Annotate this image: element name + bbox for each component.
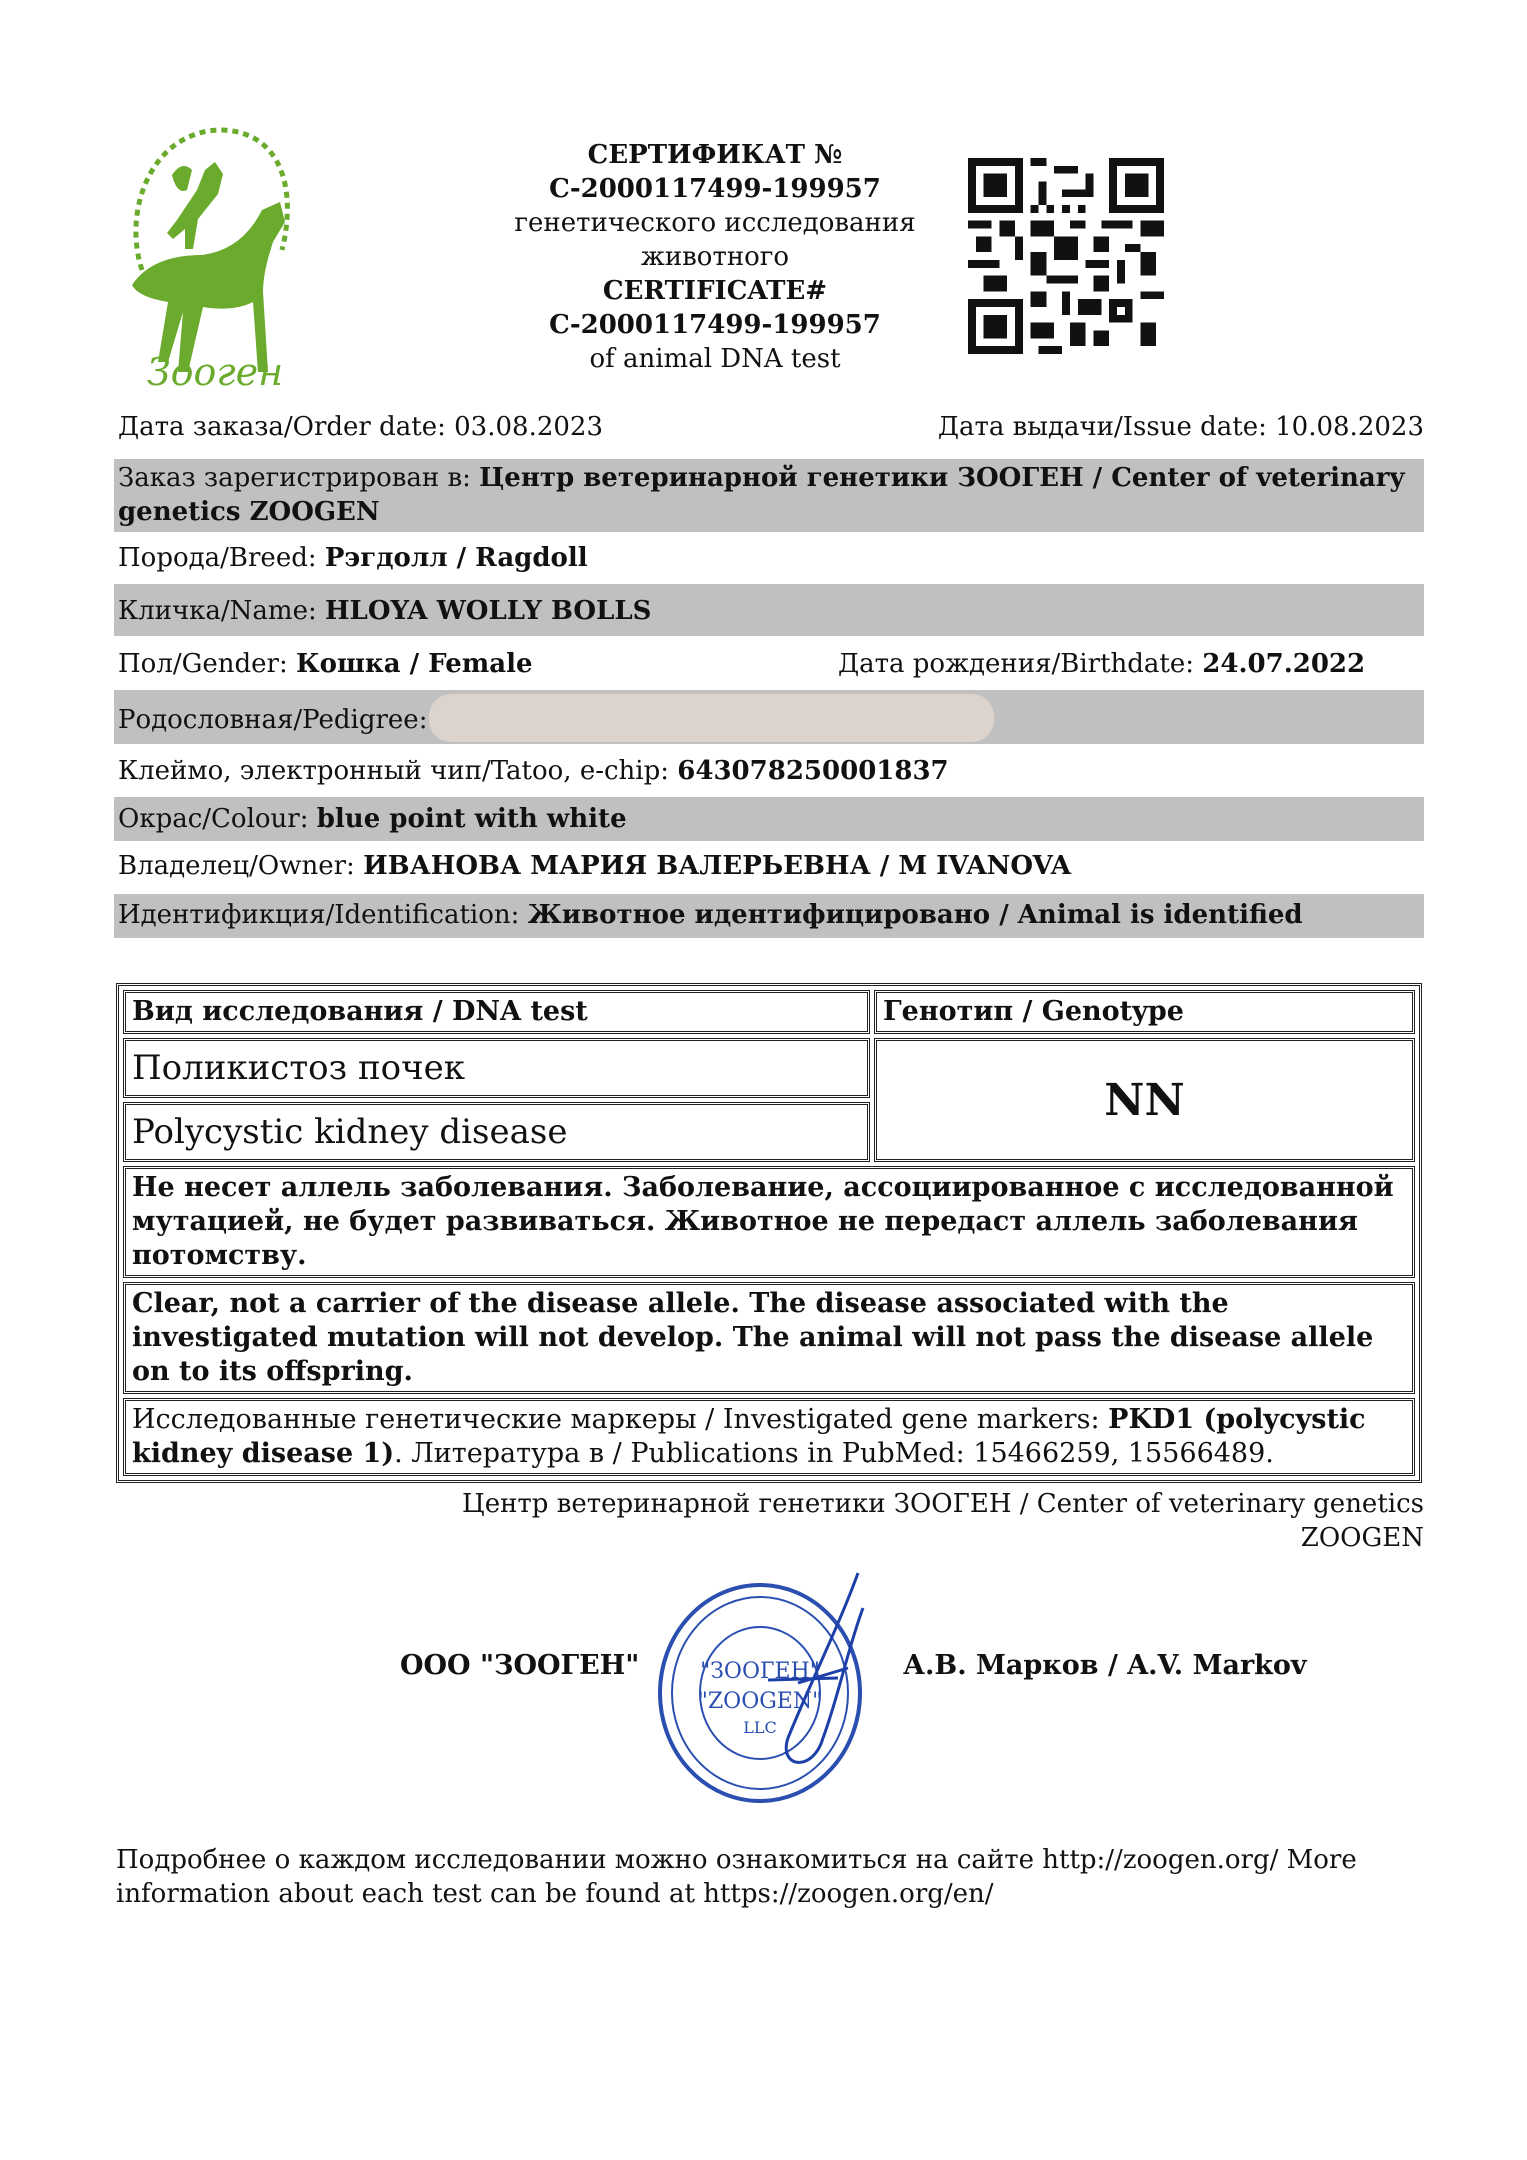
genotype-value: NN [874,1038,1415,1162]
qr-code-icon[interactable] [968,158,1164,354]
subtitle-en: of animal DNA test [480,342,950,376]
birthdate: Дата рождения/Birthdate: 24.07.2022 [838,647,1365,688]
name-row: Кличка/Name: HLOYA WOLLY BOLLS [114,584,1424,636]
gene-markers: Исследованные генетические маркеры / Inv… [123,1398,1415,1476]
breed-row: Порода/Breed: Рэгдолл / Ragdoll [114,541,1424,579]
signer-name: А.В. Марков / A.V. Markov [903,1650,1307,1681]
identification-value: Животное идентифицировано / Animal is id… [528,900,1303,930]
colour-value: blue point with white [317,804,627,834]
name-value: HLOYA WOLLY BOLLS [325,596,651,626]
zoogen-logo: Зooген [112,120,302,395]
identification-row: Идентификция/Identification: Животное ид… [114,894,1424,938]
pedigree-row: Родословная/Pedigree: [114,690,1424,744]
registered-row: Заказ зарегистрирован в: Центр ветеринар… [114,459,1424,532]
owner-row: Владелец/Owner: ИВАНОВА МАРИЯ ВАЛЕРЬЕВНА… [114,847,1424,887]
breed-value: Рэгдолл / Ragdoll [325,543,588,573]
chip-row: Клеймо, электронный чип/Tatoo, e-chip: 6… [114,750,1424,792]
issue-date: Дата выдачи/Issue date: 10.08.2023 [938,410,1424,444]
certificate-number-en: C-2000117499-199957 [480,308,950,342]
colour-row: Окрас/Colour: blue point with white [114,797,1424,841]
title-en: CERTIFICATE# [480,274,950,308]
result-en: Clear, not a carrier of the disease alle… [123,1282,1415,1394]
chip-value: 643078250001837 [677,756,948,786]
subtitle-ru-1: генетического исследования [480,206,950,240]
title-ru: СЕРТИФИКАТ № [480,138,950,172]
order-date: Дата заказа/Order date: 03.08.2023 [118,410,603,444]
certificate-title: СЕРТИФИКАТ № C-2000117499-199957 генетич… [480,138,950,376]
subtitle-ru-2: животного [480,240,950,274]
column-header-genotype: Генотип / Genotype [874,990,1415,1034]
gender-birthdate-row: Пол/Gender: Кошка / Female Дата рождения… [114,642,1424,688]
column-header-test: Вид исследования / DNA test [123,990,870,1034]
gender: Пол/Gender: Кошка / Female [118,647,838,688]
result-ru: Не несет аллель заболевания. Заболевание… [123,1166,1415,1278]
owner-value: ИВАНОВА МАРИЯ ВАЛЕРЬЕВНА / M IVANOVA [363,851,1071,881]
certificate-number-ru: C-2000117499-199957 [480,172,950,206]
dna-test-table: Вид исследования / DNA test Генотип / Ge… [116,983,1422,1483]
svg-text:Зooген: Зooген [147,350,283,394]
footer-info: Подробнее о каждом исследовании можно оз… [116,1843,1416,1911]
test-name-en: Polycystic kidney disease [123,1102,870,1162]
official-stamp-icon: "ЗООГЕН" "ZOOGEN" LLC [648,1568,888,1808]
svg-text:LLC: LLC [743,1718,777,1737]
dates-row: Дата заказа/Order date: 03.08.2023 Дата … [118,410,1424,444]
company-name: ООО "ЗООГЕН" [400,1650,639,1681]
redacted-pedigree [429,694,994,742]
test-name-ru: Поликистоз почек [123,1038,870,1098]
issuing-center: Центр ветеринарной генетики ЗООГЕН / Cen… [340,1487,1424,1555]
